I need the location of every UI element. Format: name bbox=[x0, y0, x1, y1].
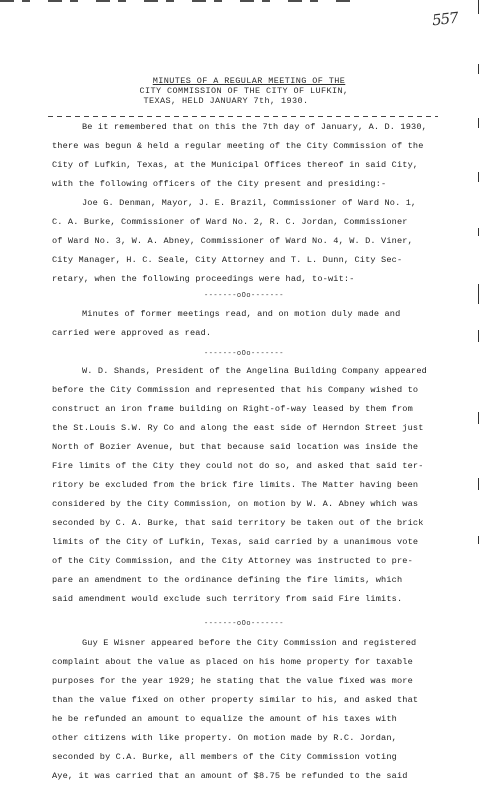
margin-mark bbox=[478, 412, 479, 424]
margin-mark bbox=[478, 0, 479, 14]
title-line: MINUTES OF A REGULAR MEETING OF THE bbox=[0, 76, 488, 86]
text-line: Aye, it was carried that an amount of $8… bbox=[52, 767, 442, 786]
margin-mark bbox=[478, 228, 479, 236]
text-line: limits of the City of Lufkin, Texas, sai… bbox=[52, 533, 442, 552]
text-line: seconded by C.A. Burke, all members of t… bbox=[52, 748, 442, 767]
paragraph-opening: Be it remembered that on this the 7th da… bbox=[52, 118, 442, 289]
section-separator: -------oOo------- bbox=[0, 350, 488, 358]
text-line: of Ward No. 3, W. A. Abney, Commissioner… bbox=[52, 232, 442, 251]
text-line: City of Lufkin, Texas, at the Municipal … bbox=[52, 156, 442, 175]
text-line: Guy E Wisner appeared before the City Co… bbox=[52, 634, 442, 653]
text-line: retary, when the following proceedings w… bbox=[52, 270, 442, 289]
text-line: carried were approved as read. bbox=[52, 324, 442, 343]
section-separator: -------oOo------- bbox=[0, 292, 488, 300]
title-line: TEXAS, HELD JANUARY 7th, 1930. bbox=[0, 96, 488, 106]
text-line: pare an amendment to the ordinance defin… bbox=[52, 571, 442, 590]
title-line: CITY COMMISSION OF THE CITY OF LUFKIN, bbox=[0, 86, 488, 96]
text-line: considered by the City Commission, on mo… bbox=[52, 495, 442, 514]
margin-mark bbox=[478, 172, 479, 182]
text-line: North of Bozier Avenue, but that because… bbox=[52, 438, 442, 457]
text-line: than the value fixed on other property s… bbox=[52, 691, 442, 710]
margin-mark bbox=[478, 64, 479, 74]
document-title: MINUTES OF A REGULAR MEETING OF THE CITY… bbox=[0, 76, 488, 106]
text-line: with the following officers of the City … bbox=[52, 175, 442, 194]
text-line: Joe G. Denman, Mayor, J. E. Brazil, Comm… bbox=[52, 194, 442, 213]
text-line: C. A. Burke, Commissioner of Ward No. 2,… bbox=[52, 213, 442, 232]
text-line: City Manager, H. C. Seale, City Attorney… bbox=[52, 251, 442, 270]
text-line: Minutes of former meetings read, and on … bbox=[52, 305, 442, 324]
text-line: other citizens with like property. On mo… bbox=[52, 729, 442, 748]
text-line: of the City Commission, and the City Att… bbox=[52, 552, 442, 571]
top-edge-rule bbox=[0, 0, 350, 2]
margin-mark bbox=[478, 536, 479, 544]
document-page: 557 MINUTES OF A REGULAR MEETING OF THE … bbox=[0, 0, 488, 800]
text-line: W. D. Shands, President of the Angelina … bbox=[52, 362, 442, 381]
text-line: construct an iron frame building on Righ… bbox=[52, 400, 442, 419]
paragraph-minutes: Minutes of former meetings read, and on … bbox=[52, 305, 442, 343]
margin-mark bbox=[478, 478, 479, 490]
text-line: ritory be excluded from the brick fire l… bbox=[52, 476, 442, 495]
text-line: complaint about the value as placed on h… bbox=[52, 653, 442, 672]
text-line: seconded by C. A. Burke, that said terri… bbox=[52, 514, 442, 533]
page-number: 557 bbox=[431, 9, 458, 30]
text-line: there was begun & held a regular meeting… bbox=[52, 137, 442, 156]
text-line: Fire limits of the City they could not d… bbox=[52, 457, 442, 476]
text-line: he be refunded an amount to equalize the… bbox=[52, 710, 442, 729]
text-line: the St.Louis S.W. Ry Co and along the ea… bbox=[52, 419, 442, 438]
text-line: Be it remembered that on this the 7th da… bbox=[52, 118, 442, 137]
text-line: said amendment would exclude such territ… bbox=[52, 590, 442, 609]
paragraph-tax-refund: Guy E Wisner appeared before the City Co… bbox=[52, 634, 442, 786]
margin-mark bbox=[478, 330, 479, 342]
dashed-divider bbox=[48, 116, 438, 117]
margin-mark bbox=[478, 118, 479, 128]
text-line: purposes for the year 1929; he stating t… bbox=[52, 672, 442, 691]
section-separator: -------oOo------- bbox=[0, 620, 488, 628]
paragraph-fire-limits: W. D. Shands, President of the Angelina … bbox=[52, 362, 442, 609]
text-line: before the City Commission and represent… bbox=[52, 381, 442, 400]
